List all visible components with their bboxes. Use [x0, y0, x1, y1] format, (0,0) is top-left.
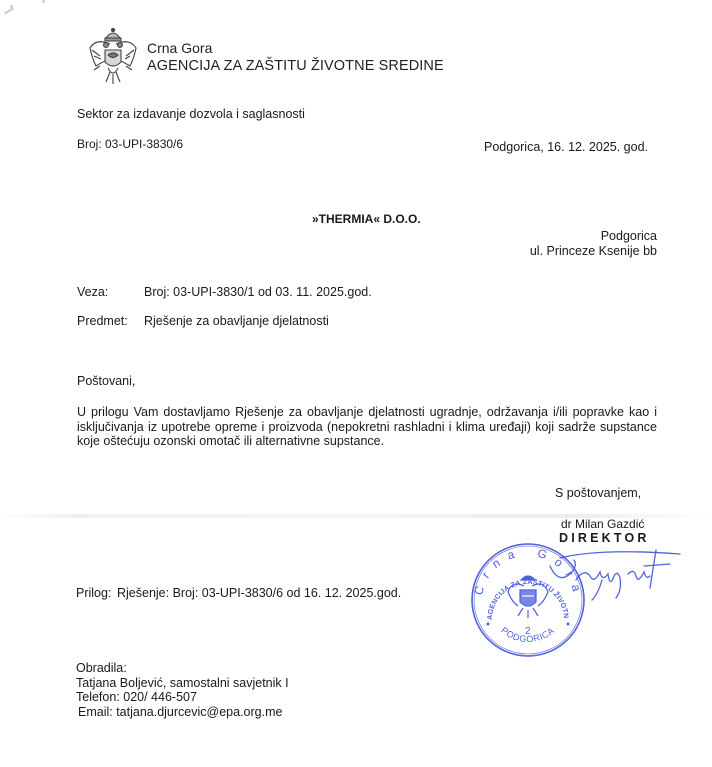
- issuing-sector: Sektor za izdavanje dozvola i saglasnost…: [77, 107, 305, 121]
- closing-salutation: S poštovanjem,: [555, 486, 641, 500]
- signer-name: dr Milan Gazdić: [561, 517, 644, 531]
- subject-value: Rješenje za obavljanje djelatnosti: [144, 314, 329, 328]
- document-place-date: Podgorica, 16. 12. 2025. god.: [484, 140, 648, 154]
- contact-phone: Telefon: 020/ 446-507: [76, 690, 289, 705]
- scan-speck: [10, 5, 13, 8]
- scan-speck: [4, 8, 14, 15]
- recipient-city: Podgorica: [601, 229, 657, 243]
- reference-value: Broj: 03-UPI-3830/1 od 03. 11. 2025.god.: [144, 285, 372, 299]
- contact-block: Obradila: Tatjana Boljević, samostalni s…: [76, 661, 289, 719]
- attachment-value: Rješenje: Broj: 03-UPI-3830/6 od 16. 12.…: [117, 586, 401, 600]
- recipient-name: »THERMIA« D.O.O.: [312, 212, 421, 226]
- handwritten-signature: [540, 540, 690, 610]
- montenegro-coat-of-arms-icon: [86, 26, 140, 86]
- letter-greeting: Poštovani,: [77, 374, 135, 388]
- attachment-label: Prilog:: [76, 586, 111, 600]
- scan-speck: [42, 0, 45, 3]
- header-agency-name: AGENCIJA ZA ZAŠTITU ŽIVOTNE SREDINE: [147, 58, 444, 74]
- prepared-by-label: Obradila:: [76, 661, 289, 676]
- contact-email[interactable]: Email: tatjana.djurcevic@epa.org.me: [76, 705, 289, 720]
- reference-label: Veza:: [77, 285, 108, 299]
- prepared-by-name: Tatjana Boljević, samostalni savjetnik I: [76, 676, 289, 691]
- recipient-address: ul. Princeze Ksenije bb: [530, 244, 657, 258]
- document-number: Broj: 03-UPI-3830/6: [77, 137, 183, 151]
- header-country: Crna Gora: [147, 40, 212, 56]
- letter-body: U prilogu Vam dostavljamo Rješenje za ob…: [77, 405, 657, 449]
- stamp-number: 2: [525, 626, 531, 637]
- subject-label: Predmet:: [77, 314, 128, 328]
